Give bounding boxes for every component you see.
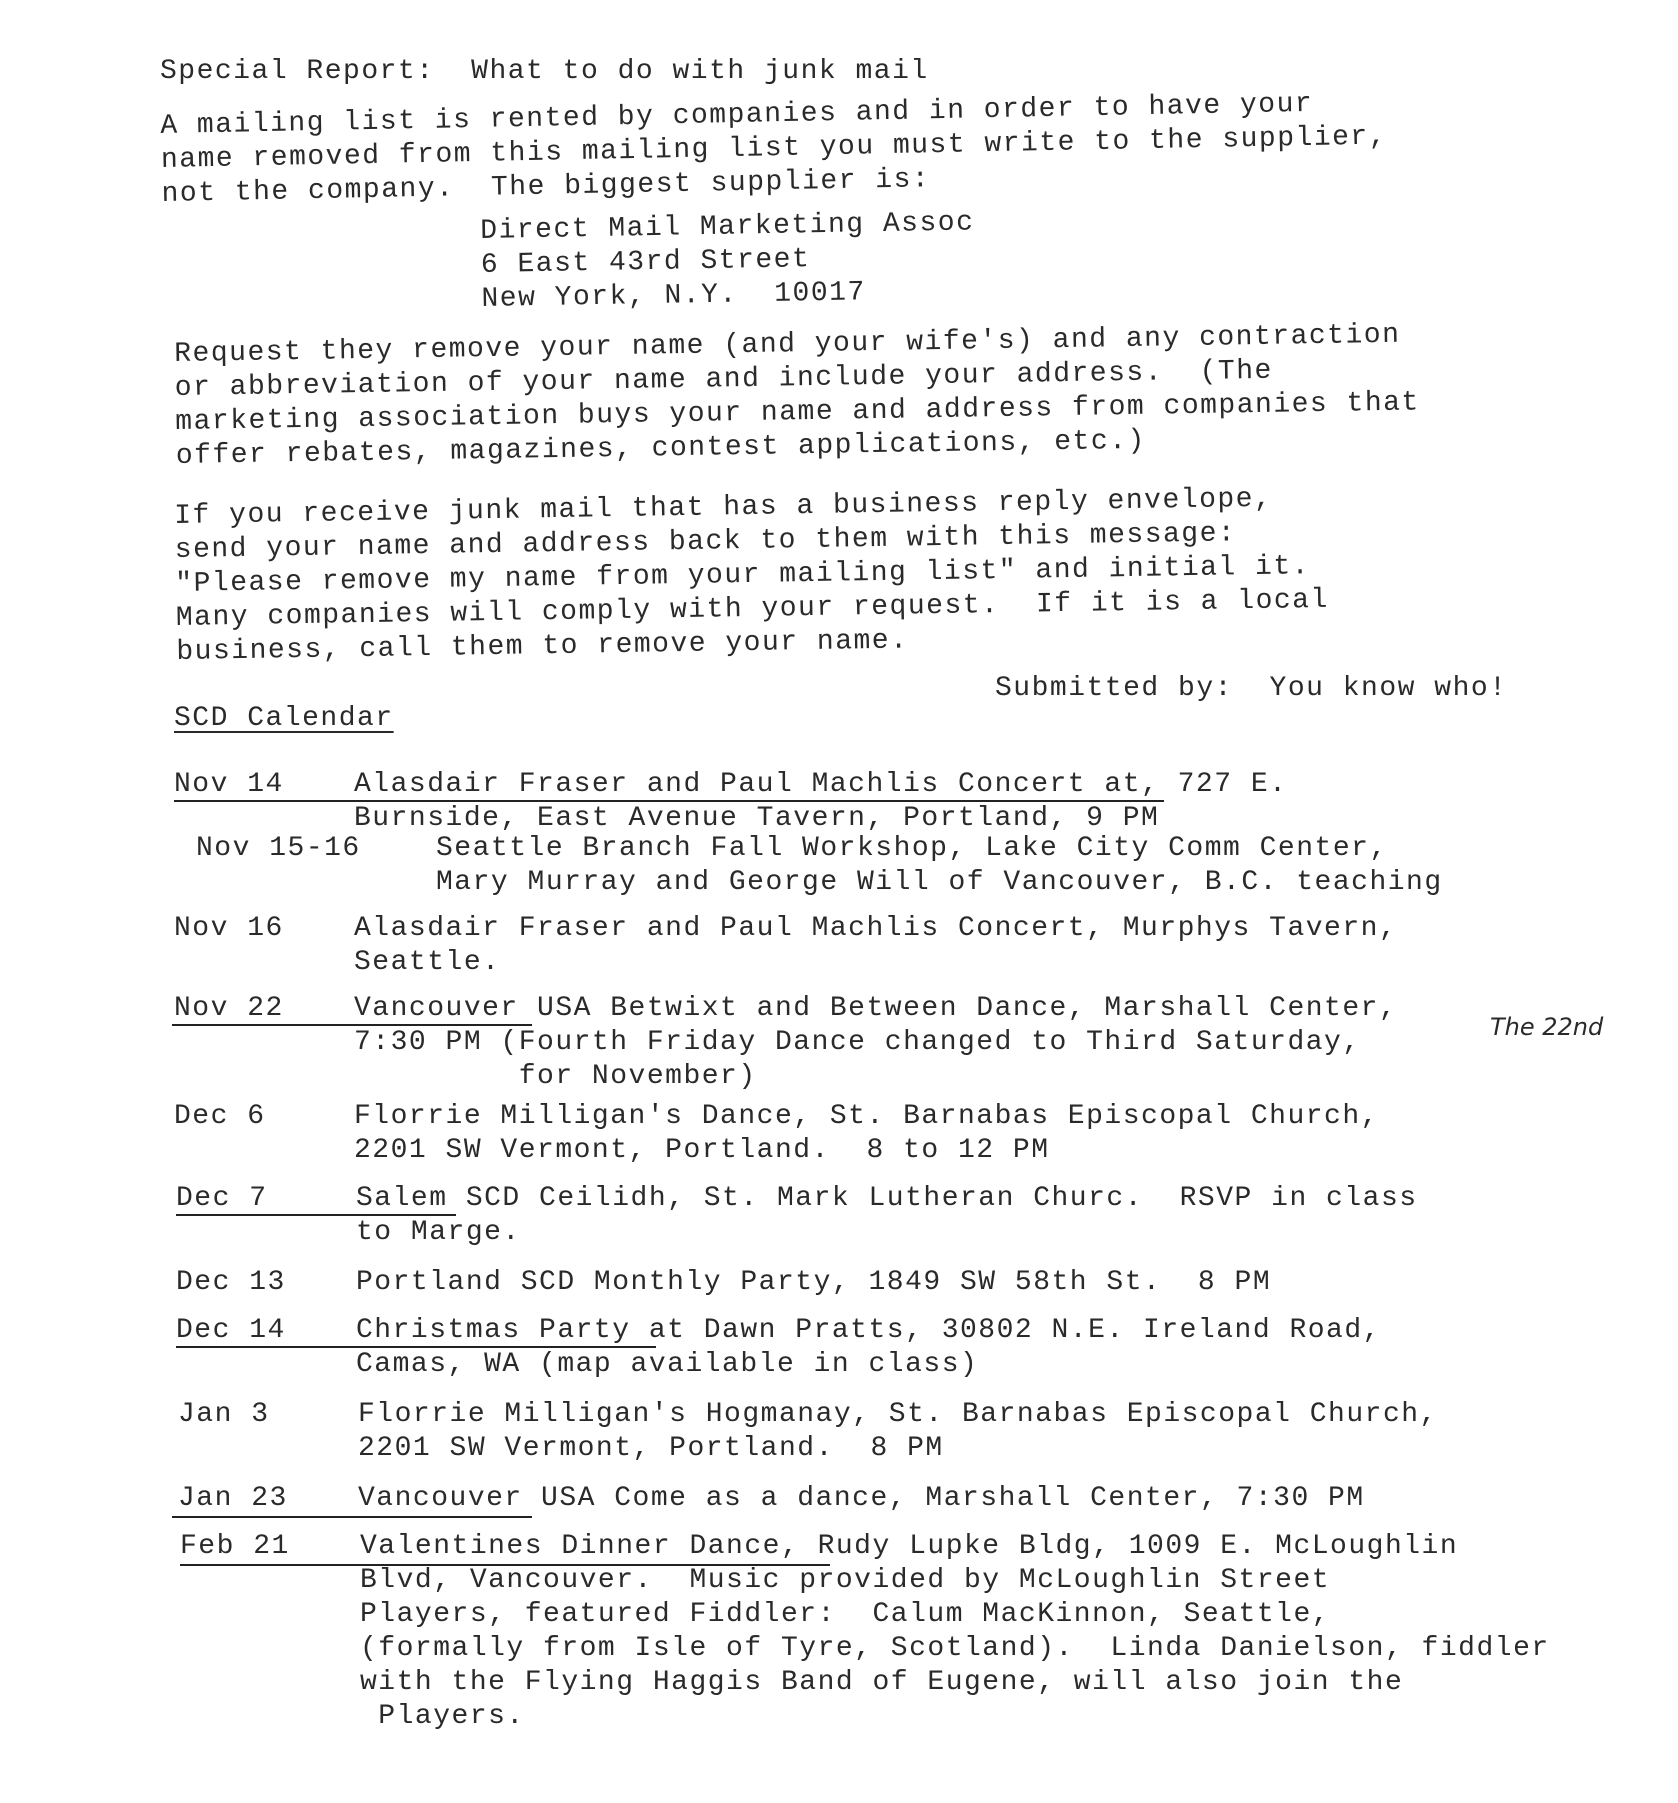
entry-line: Valentines Dinner Dance, Rudy Lupke Bldg… — [360, 1530, 1550, 1564]
handwritten-note: The 22nd — [1490, 1010, 1603, 1044]
entry-line: Mary Murray and George Will of Vancouver… — [436, 866, 1443, 900]
underline — [172, 1516, 532, 1518]
entry-line: Burnside, East Avenue Tavern, Portland, … — [354, 802, 1287, 836]
entry-text: Salem SCD Ceilidh, St. Mark Lutheran Chu… — [356, 1182, 1418, 1250]
entry-line: Players. — [360, 1700, 1550, 1734]
calendar-entry: Dec 14 Christmas Party at Dawn Pratts, 3… — [176, 1314, 1381, 1382]
calendar-entry: Nov 14 Alasdair Fraser and Paul Machlis … — [174, 768, 1287, 836]
entry-date: Dec 14 — [176, 1314, 356, 1382]
entry-date: Jan 23 — [178, 1482, 358, 1516]
calendar-heading: SCD Calendar — [174, 702, 394, 736]
entry-line: Alasdair Fraser and Paul Machlis Concert… — [354, 912, 1397, 946]
paragraph-reply-envelope: If you receive junk mail that has a busi… — [174, 482, 1330, 670]
entry-line: Portland SCD Monthly Party, 1849 SW 58th… — [356, 1266, 1271, 1300]
entry-line: Blvd, Vancouver. Music provided by McLou… — [360, 1564, 1550, 1598]
entry-line: Florrie Milligan's Hogmanay, St. Barnaba… — [358, 1398, 1438, 1432]
entry-text: Christmas Party at Dawn Pratts, 30802 N.… — [356, 1314, 1381, 1382]
entry-line: Christmas Party at Dawn Pratts, 30802 N.… — [356, 1314, 1381, 1348]
entry-line: Seattle Branch Fall Workshop, Lake City … — [436, 832, 1443, 866]
entry-date: Nov 22 — [174, 992, 354, 1094]
calendar-entry: Nov 16 Alasdair Fraser and Paul Machlis … — [174, 912, 1397, 980]
entry-line: Seattle. — [354, 946, 1397, 980]
entry-line: Players, featured Fiddler: Calum MacKinn… — [360, 1598, 1550, 1632]
entry-line: 2201 SW Vermont, Portland. 8 PM — [358, 1432, 1438, 1466]
underline — [176, 1214, 456, 1216]
entry-text: Vancouver USA Come as a dance, Marshall … — [358, 1482, 1365, 1516]
entry-text: Florrie Milligan's Hogmanay, St. Barnaba… — [358, 1398, 1438, 1466]
entry-text: Florrie Milligan's Dance, St. Barnabas E… — [354, 1100, 1379, 1168]
entry-text: Alasdair Fraser and Paul Machlis Concert… — [354, 768, 1287, 836]
entry-line: with the Flying Haggis Band of Eugene, w… — [360, 1666, 1550, 1700]
entry-date: Dec 6 — [174, 1100, 354, 1168]
underline — [172, 1024, 532, 1026]
entry-date: Jan 3 — [178, 1398, 358, 1466]
entry-text: Portland SCD Monthly Party, 1849 SW 58th… — [356, 1266, 1271, 1300]
underline — [176, 1346, 656, 1348]
calendar-entry: Dec 6 Florrie Milligan's Dance, St. Barn… — [174, 1100, 1379, 1168]
entry-line: Alasdair Fraser and Paul Machlis Concert… — [354, 768, 1287, 802]
supplier-address: Direct Mail Marketing Assoc 6 East 43rd … — [480, 206, 976, 317]
calendar-entry: Dec 13 Portland SCD Monthly Party, 1849 … — [176, 1266, 1271, 1300]
document-page: Special Report: What to do with junk mai… — [0, 0, 1678, 1803]
report-title: Special Report: What to do with junk mai… — [160, 55, 929, 89]
entry-date: Dec 13 — [176, 1266, 356, 1300]
calendar-entry: Jan 3 Florrie Milligan's Hogmanay, St. B… — [178, 1398, 1438, 1466]
calendar-entry: Nov 15-16 Seattle Branch Fall Workshop, … — [196, 832, 1443, 900]
entry-line: (formally from Isle of Tyre, Scotland). … — [360, 1632, 1550, 1666]
underline — [180, 1564, 830, 1566]
calendar-entry: Feb 21 Valentines Dinner Dance, Rudy Lup… — [180, 1530, 1550, 1734]
entry-date: Feb 21 — [180, 1530, 360, 1734]
submitted-by: Submitted by: You know who! — [995, 672, 1507, 706]
calendar-entry: Jan 23 Vancouver USA Come as a dance, Ma… — [178, 1482, 1365, 1516]
address-line: New York, N.Y. 10017 — [481, 274, 976, 317]
entry-date: Nov 14 — [174, 768, 354, 836]
entry-line: Florrie Milligan's Dance, St. Barnabas E… — [354, 1100, 1379, 1134]
entry-line: to Marge. — [356, 1216, 1418, 1250]
paragraph-mailing-list: A mailing list is rented by companies an… — [160, 86, 1388, 212]
entry-line: for November) — [354, 1060, 1397, 1094]
entry-line: Camas, WA (map available in class) — [356, 1348, 1381, 1382]
paragraph-request: Request they remove your name (and your … — [174, 318, 1421, 474]
entry-text: Valentines Dinner Dance, Rudy Lupke Bldg… — [360, 1530, 1550, 1734]
entry-line: Vancouver USA Come as a dance, Marshall … — [358, 1482, 1365, 1516]
entry-line: Salem SCD Ceilidh, St. Mark Lutheran Chu… — [356, 1182, 1418, 1216]
entry-text: Seattle Branch Fall Workshop, Lake City … — [436, 832, 1443, 900]
entry-line: 7:30 PM (Fourth Friday Dance changed to … — [354, 1026, 1397, 1060]
entry-text: Alasdair Fraser and Paul Machlis Concert… — [354, 912, 1397, 980]
entry-date: Nov 16 — [174, 912, 354, 980]
entry-date: Dec 7 — [176, 1182, 356, 1250]
calendar-entry: Dec 7 Salem SCD Ceilidh, St. Mark Luther… — [176, 1182, 1418, 1250]
entry-date: Nov 15-16 — [196, 832, 436, 900]
underline — [174, 800, 1164, 802]
entry-line: 2201 SW Vermont, Portland. 8 to 12 PM — [354, 1134, 1379, 1168]
entry-line: Vancouver USA Betwixt and Between Dance,… — [354, 992, 1397, 1026]
calendar-entry: Nov 22 Vancouver USA Betwixt and Between… — [174, 992, 1397, 1094]
entry-text: Vancouver USA Betwixt and Between Dance,… — [354, 992, 1397, 1094]
